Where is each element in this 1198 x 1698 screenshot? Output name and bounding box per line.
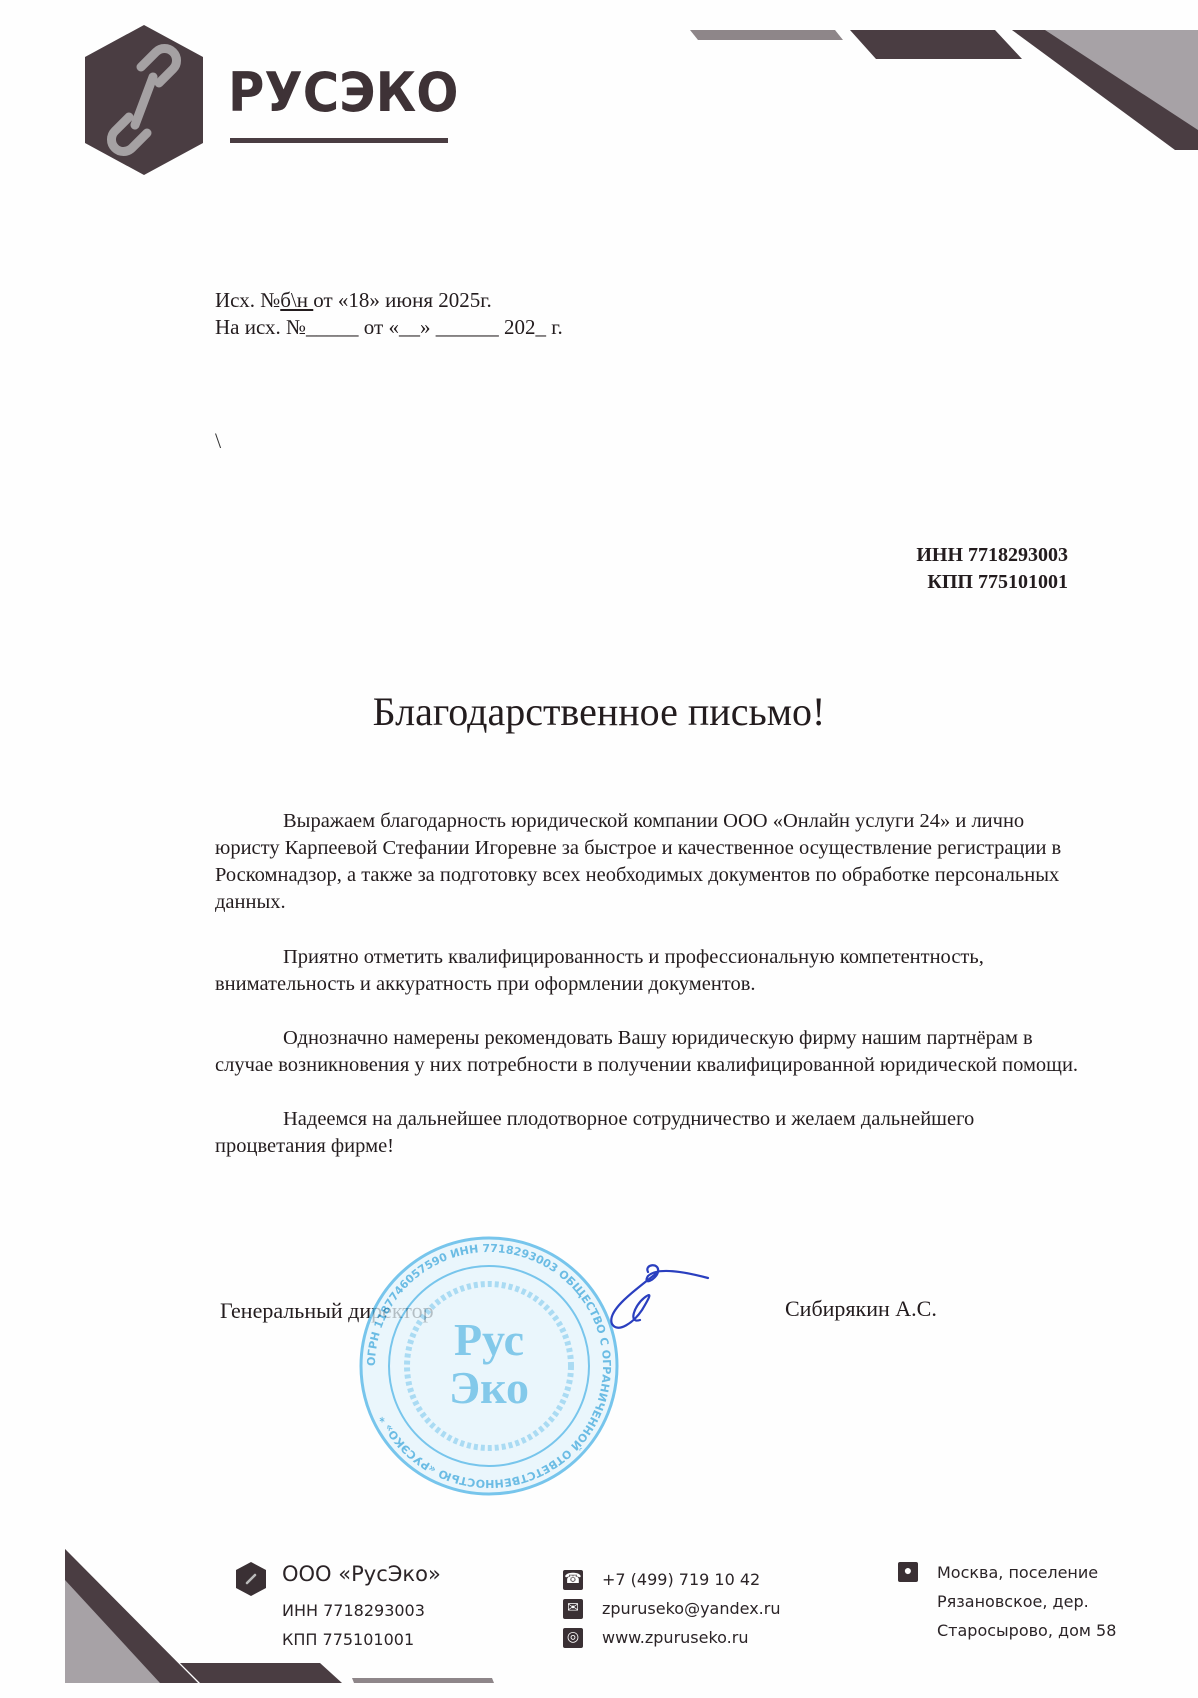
- address-line-2: Рязановское, дер.: [937, 1587, 1116, 1616]
- logo-hex-icon: [85, 25, 203, 175]
- footer-logo-icon: [236, 1562, 266, 1596]
- footer-phone[interactable]: +7 (499) 719 10 42: [602, 1565, 760, 1594]
- body-paragraph-4: Надеемся на дальнейшее плодотворное сотр…: [215, 1106, 1085, 1160]
- handwritten-signature-icon: [598, 1260, 718, 1338]
- footer-kpp: КПП 775101001: [282, 1625, 414, 1654]
- stray-mark: \: [215, 428, 221, 454]
- logo-wordmark: РУСЭКО: [228, 66, 458, 120]
- outgoing-number: б\н: [280, 288, 313, 312]
- seal-center-bottom: Эко: [449, 1362, 529, 1413]
- outgoing-prefix: Исх. №: [215, 288, 280, 312]
- outgoing-reference: Исх. №б\н от «18» июня 2025г.: [215, 287, 492, 313]
- seal-center-top: Рус: [454, 1314, 524, 1365]
- incoming-reference: На исх. №_____ от «__» ______ 202_ г.: [215, 314, 563, 340]
- inn-value: ИНН 7718293003: [916, 542, 1068, 569]
- company-seal-icon: ОГРН 1187746057590 ИНН 7718293003 ОБЩЕСТ…: [358, 1235, 620, 1497]
- location-pin-icon: ●: [898, 1562, 918, 1582]
- body-paragraph-1: Выражаем благодарность юридической компа…: [215, 808, 1085, 916]
- globe-icon: ◎: [563, 1628, 583, 1648]
- body-paragraph-3: Однозначно намерены рекомендовать Вашу ю…: [215, 1025, 1085, 1079]
- phone-icon: ☎: [563, 1570, 583, 1590]
- address-line-3: Старосырово, дом 58: [937, 1616, 1116, 1645]
- footer-company-name: ООО «РусЭко»: [282, 1560, 441, 1589]
- kpp-value: КПП 775101001: [916, 569, 1068, 596]
- document-title: Благодарственное письмо!: [0, 688, 1198, 735]
- footer-address: Москва, поселение Рязановское, дер. Стар…: [937, 1558, 1116, 1645]
- address-line-1: Москва, поселение: [937, 1558, 1116, 1587]
- requisites-block: ИНН 7718293003 КПП 775101001: [916, 542, 1068, 596]
- outgoing-date: от «18» июня 2025г.: [313, 288, 491, 312]
- email-icon: ✉: [563, 1599, 583, 1619]
- logo-underline: [230, 138, 448, 143]
- footer-inn: ИНН 7718293003: [282, 1596, 425, 1625]
- body-paragraph-2: Приятно отметить квалифицированность и п…: [215, 944, 1085, 998]
- signer-name: Сибирякин А.С.: [785, 1296, 937, 1322]
- footer-website-link[interactable]: www.zpuruseko.ru: [602, 1623, 748, 1652]
- footer-email-link[interactable]: zpuruseko@yandex.ru: [602, 1594, 780, 1623]
